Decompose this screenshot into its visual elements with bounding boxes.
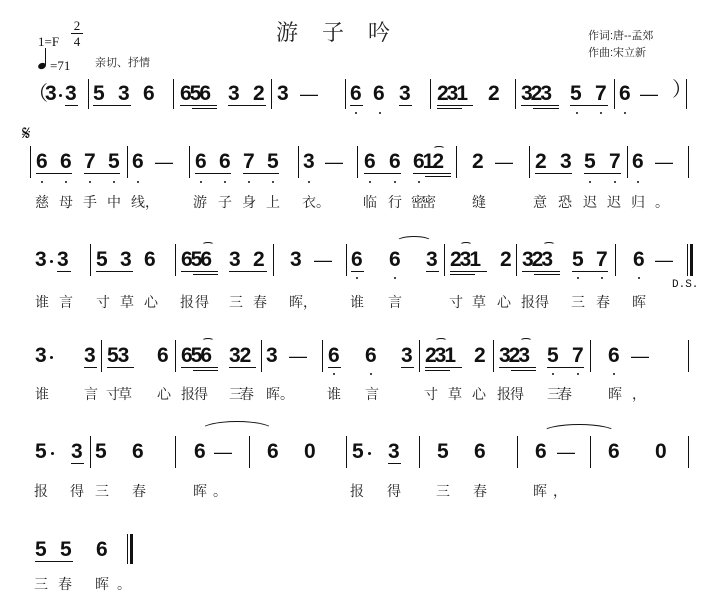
sustain-dash: — — [655, 150, 673, 174]
beam-underline — [450, 274, 475, 275]
bar-line — [346, 436, 347, 468]
lyric: 线， — [131, 192, 159, 212]
beam-underline — [36, 173, 72, 174]
note-digits: 231 — [425, 344, 454, 368]
lyric: 言 — [84, 384, 98, 404]
lyric: 三 — [34, 574, 48, 594]
beam-underline — [193, 274, 218, 275]
lyric: 晖 — [632, 292, 646, 312]
beam-underline — [229, 271, 267, 272]
beam-underline — [511, 370, 536, 371]
note-digits: 5 — [35, 440, 47, 464]
bar-line — [687, 244, 688, 276]
lower-octave-dot — [600, 112, 602, 114]
note-digits: 6 — [143, 82, 155, 106]
bar-line — [615, 244, 616, 276]
lyric: 寸 — [424, 384, 438, 404]
bar-line — [30, 146, 31, 178]
beam-underline — [364, 173, 401, 174]
lyric: 报得 — [180, 292, 210, 312]
lower-octave-dot — [614, 181, 616, 183]
lower-octave-dot — [613, 373, 615, 375]
note-digits: 6 — [474, 440, 486, 464]
note-digits: 6 — [96, 538, 108, 562]
beam-underline — [107, 367, 134, 368]
quarter-note-icon — [38, 48, 50, 70]
bar-line — [688, 436, 689, 468]
composer: 作曲:宋立新 — [588, 47, 646, 60]
lyric: 晖， — [289, 292, 317, 312]
bar-line — [419, 340, 420, 372]
lyric: 心 — [144, 292, 158, 312]
note-digits: 5 — [584, 150, 596, 174]
lower-octave-dot — [394, 181, 396, 183]
note-digits: 3 — [57, 248, 69, 272]
beam-underline — [425, 176, 451, 177]
bar-line — [90, 436, 91, 468]
bar-line — [529, 146, 530, 178]
note-digits: 5 — [93, 82, 105, 106]
time-signature-bottom: 4 — [71, 35, 83, 48]
bar-line — [346, 244, 347, 276]
note-digits: 6 — [389, 248, 401, 272]
bar-line — [614, 79, 615, 109]
note-digits: 3 — [118, 82, 130, 106]
note-digits: 0 — [304, 440, 316, 464]
sustain-dash: — — [214, 440, 232, 464]
bar-line — [430, 79, 431, 109]
lyric: 恐 — [558, 192, 572, 212]
note-digits: 612 — [413, 150, 442, 174]
note-digits: 656 — [181, 344, 210, 368]
note-digits: 3 — [266, 344, 278, 368]
lyric: 缝 — [472, 192, 486, 212]
note-digits: 6 — [132, 150, 144, 174]
lyric: 行 — [388, 192, 402, 212]
bar-line — [175, 340, 176, 372]
note-digits: 2 — [472, 150, 484, 174]
lyric: 临 — [363, 192, 377, 212]
note-digits: 656 — [180, 82, 209, 106]
lower-octave-dot — [577, 373, 579, 375]
lyric: 身 — [242, 192, 256, 212]
note-digits: 5 — [437, 440, 449, 464]
beam-underline — [192, 108, 217, 109]
lyric: 。 — [213, 481, 227, 501]
lyric: 。 — [655, 192, 669, 212]
lower-octave-dot — [552, 373, 554, 375]
beam-underline — [425, 370, 450, 371]
note-digits: 6 — [157, 344, 169, 368]
close-parenthesis: ） — [672, 78, 692, 102]
note-digits: 7 — [572, 344, 584, 368]
note-digits: 323 — [522, 248, 551, 272]
bar-line — [173, 79, 174, 109]
augmentation-dot — [368, 452, 371, 455]
beam-underline — [426, 271, 439, 272]
lyric: 归 — [631, 192, 645, 212]
sustain-dash: — — [300, 82, 318, 106]
lower-octave-dot — [137, 181, 139, 183]
beam-underline — [84, 173, 120, 174]
lyric: 衣。 — [302, 192, 330, 212]
lyric: 心 — [472, 384, 486, 404]
tie-slur — [202, 338, 214, 343]
lyric: 三 — [229, 292, 243, 312]
note-digits: 32 — [229, 344, 250, 368]
lyric: 晖。 — [266, 384, 294, 404]
lower-octave-dot — [379, 112, 381, 114]
lyric: 报得 — [181, 384, 207, 404]
note-digits: 2 — [500, 248, 512, 272]
note-digits: 3 — [35, 248, 47, 272]
lower-octave-dot — [601, 277, 603, 279]
note-digits: 6 — [608, 344, 620, 368]
note-digits: 231 — [450, 248, 479, 272]
note-digits: 53 — [107, 344, 128, 368]
note-digits: 0 — [655, 440, 667, 464]
lyric: 寸 — [96, 292, 110, 312]
beam-underline — [181, 271, 218, 272]
note-digits: 3 — [277, 82, 289, 106]
beam-underline — [401, 367, 414, 368]
sustain-dash: — — [314, 248, 332, 272]
lyric: 三 — [436, 481, 450, 501]
lower-octave-dot — [577, 277, 579, 279]
note-digits: 3 — [65, 82, 77, 106]
lyric: 谁 — [35, 292, 49, 312]
lyric: 草 — [120, 292, 134, 312]
lower-octave-dot — [624, 112, 626, 114]
bar-line — [688, 340, 689, 372]
lower-octave-dot — [113, 181, 115, 183]
note-digits: 5 — [570, 82, 582, 106]
note-digits: 6 — [219, 150, 231, 174]
note-digits: 3 — [229, 248, 241, 272]
tie-slur — [433, 146, 445, 151]
tie-slur — [460, 242, 472, 247]
note-digits: 6 — [633, 248, 645, 272]
lyric: 迟 — [607, 192, 621, 212]
note-digits: 3 — [120, 248, 132, 272]
beam-underline — [57, 271, 71, 272]
lower-octave-dot — [355, 112, 357, 114]
bar-line — [175, 244, 176, 276]
note-digits: 3 — [426, 248, 438, 272]
sustain-dash: — — [289, 344, 307, 368]
lyric: 报 — [34, 481, 48, 501]
bar-line — [130, 534, 133, 564]
tie-slur — [542, 424, 616, 441]
beam-underline — [450, 271, 487, 272]
beam-underline — [547, 367, 584, 368]
note-digits: 7 — [595, 82, 607, 106]
beam-underline — [437, 105, 473, 106]
lyric: 中 — [107, 192, 121, 212]
note-digits: 2 — [253, 82, 265, 106]
note-digits: 6 — [60, 150, 72, 174]
lower-octave-dot — [89, 181, 91, 183]
beam-underline — [180, 105, 217, 106]
beam-underline — [228, 105, 266, 106]
lyric: 春 — [58, 574, 72, 594]
lyric: 游 — [193, 192, 207, 212]
lyric: 手 — [83, 192, 97, 212]
note-digits: 5 — [35, 538, 47, 562]
lower-octave-dot — [333, 373, 335, 375]
bar-line — [590, 436, 591, 468]
lower-octave-dot — [224, 181, 226, 183]
sustain-dash: — — [325, 150, 343, 174]
note-digits: 6 — [36, 150, 48, 174]
note-digits: 7 — [243, 150, 255, 174]
bar-line — [189, 146, 190, 178]
note-digits: 3 — [388, 440, 400, 464]
bar-line — [686, 79, 687, 109]
note-digits: 3 — [401, 344, 413, 368]
bar-line — [444, 244, 445, 276]
sustain-dash: — — [557, 440, 575, 464]
lower-octave-dot — [248, 181, 250, 183]
bar-line — [690, 244, 693, 276]
bar-line — [345, 79, 346, 109]
lyric: 报 — [350, 481, 364, 501]
beam-underline — [572, 271, 608, 272]
note-digits: 3 — [71, 440, 83, 464]
bar-line — [456, 146, 457, 178]
beam-underline — [93, 105, 131, 106]
note-digits: 2 — [488, 82, 500, 106]
note-digits: 5 — [352, 440, 364, 464]
bar-line — [515, 79, 516, 109]
bar-line — [688, 146, 689, 178]
beam-underline — [35, 561, 73, 562]
lower-octave-dot — [65, 181, 67, 183]
note-digits: 2 — [253, 248, 265, 272]
beam-underline — [535, 173, 572, 174]
beam-underline — [570, 105, 608, 106]
lower-octave-dot — [356, 277, 358, 279]
note-digits: 3 — [560, 150, 572, 174]
lyric: 春 — [473, 481, 487, 501]
note-digits: 6 — [328, 344, 340, 368]
bar-line — [419, 436, 420, 468]
lower-octave-dot — [637, 181, 639, 183]
tie-slur — [520, 338, 532, 343]
note-digits: 323 — [521, 82, 550, 106]
beam-underline — [534, 274, 560, 275]
beam-underline — [96, 271, 133, 272]
lyric: 三 — [571, 292, 585, 312]
sustain-dash: — — [155, 150, 173, 174]
lower-octave-dot — [638, 277, 640, 279]
bar-line — [493, 340, 494, 372]
note-digits: 656 — [181, 248, 210, 272]
bar-line — [90, 244, 91, 276]
beam-underline — [229, 367, 256, 368]
beam-underline — [584, 173, 621, 174]
lyric: 谁 — [327, 384, 341, 404]
lower-octave-dot — [41, 181, 43, 183]
bar-line — [516, 244, 517, 276]
note-digits: 7 — [609, 150, 621, 174]
time-signature-top: 2 — [71, 19, 83, 32]
note-digits: 5 — [267, 150, 279, 174]
lyric: 晖 — [608, 384, 622, 404]
lyric: 意 — [533, 192, 547, 212]
bar-line — [517, 436, 518, 468]
lower-octave-dot — [394, 277, 396, 279]
lyric: 慈 — [35, 192, 49, 212]
tie-slur — [543, 242, 555, 247]
lower-octave-dot — [308, 181, 310, 183]
lyric: 春 — [596, 292, 610, 312]
lower-octave-dot — [272, 181, 274, 183]
sustain-dash: — — [495, 150, 513, 174]
tie-slur — [202, 242, 214, 247]
lyric: 三春 — [547, 384, 569, 404]
note-digits: 6 — [351, 248, 363, 272]
tempo: =71 — [50, 58, 70, 74]
lyric: 寸 — [449, 292, 463, 312]
lyric: 寸草 — [106, 384, 130, 404]
lyric: 言 — [365, 384, 379, 404]
dal-segno-mark: D.S. — [672, 279, 698, 291]
bar-line — [357, 146, 358, 178]
beam-underline — [351, 271, 364, 272]
bar-line — [127, 146, 128, 178]
bar-line — [590, 340, 591, 372]
bar-line — [101, 340, 102, 372]
beam-underline — [243, 173, 279, 174]
lyric: 心 — [497, 292, 511, 312]
bar-line — [271, 79, 272, 109]
beam-underline — [425, 367, 462, 368]
note-digits: 231 — [437, 82, 466, 106]
beam-underline — [413, 173, 451, 174]
note-digits: 6 — [619, 82, 631, 106]
note-digits: 6 — [608, 440, 620, 464]
lyric: 得 — [70, 481, 84, 501]
bar-line — [273, 244, 274, 276]
sustain-dash: — — [640, 82, 658, 106]
lyric: 子 — [218, 192, 232, 212]
note-digits: 3 — [84, 344, 96, 368]
bar-line — [88, 79, 89, 109]
note-digits: 5 — [95, 440, 107, 464]
note-digits: 6 — [535, 440, 547, 464]
beam-underline — [84, 367, 97, 368]
note-digits: 3 — [228, 82, 240, 106]
lyric: 得 — [387, 481, 401, 501]
note-digits: 2 — [535, 150, 547, 174]
segno-icon: 𝄋 — [22, 124, 31, 144]
lyric: 母 — [59, 192, 73, 212]
note-digits: 7 — [596, 248, 608, 272]
expression-mark: 亲切、抒情 — [95, 57, 150, 70]
lyric: 晖 — [533, 481, 547, 501]
note-digits: 3 — [290, 248, 302, 272]
lower-octave-dot — [418, 181, 420, 183]
beam-underline — [521, 105, 559, 106]
augmentation-dot — [50, 356, 53, 359]
beam-underline — [65, 105, 78, 106]
beam-underline — [195, 173, 231, 174]
note-digits: 6 — [365, 344, 377, 368]
beam-underline — [328, 367, 341, 368]
lyric: 谁 — [350, 292, 364, 312]
lyric: 三 — [95, 481, 109, 501]
lower-octave-dot — [576, 112, 578, 114]
lyric: ， — [553, 481, 567, 501]
note-digits: 3 — [35, 344, 47, 368]
note-digits: 5 — [96, 248, 108, 272]
lyric: 报得 — [521, 292, 549, 312]
augmentation-dot — [59, 94, 62, 97]
lyric: 三春 — [229, 384, 251, 404]
beam-underline — [388, 463, 401, 464]
lyric: 上 — [266, 192, 280, 212]
lower-octave-dot — [370, 373, 372, 375]
sustain-dash: — — [655, 248, 673, 272]
bar-line — [322, 340, 323, 372]
lyric: 迟 — [583, 192, 597, 212]
lyric: 。 — [117, 574, 131, 594]
note-digits: 5 — [60, 538, 72, 562]
note-digits: 6 — [132, 440, 144, 464]
bar-line — [175, 436, 176, 468]
bar-line — [249, 436, 250, 468]
beam-underline — [181, 367, 218, 368]
bar-line — [298, 146, 299, 178]
tie-slur — [200, 421, 274, 440]
lyric: 言 — [388, 292, 402, 312]
beam-underline — [437, 108, 462, 109]
lyric: 晖 — [95, 574, 109, 594]
lyric: 心 — [157, 384, 171, 404]
note-digits: 6 — [195, 150, 207, 174]
note-digits: 6 — [364, 150, 376, 174]
lyric: 草 — [472, 292, 486, 312]
lyric: 密密 — [411, 192, 433, 212]
lower-octave-dot — [200, 181, 202, 183]
tie-slur — [435, 338, 447, 343]
lyricist: 作词:唐--孟郊 — [588, 30, 653, 43]
note-digits: 5 — [547, 344, 559, 368]
note-digits: 6 — [350, 82, 362, 106]
lyric: 草 — [448, 384, 462, 404]
time-signature: 2 4 — [71, 19, 83, 48]
lyric: 春 — [253, 292, 267, 312]
note-digits: 6 — [389, 150, 401, 174]
bar-line — [127, 534, 128, 564]
bar-line — [627, 146, 628, 178]
lyric: 报得 — [497, 384, 523, 404]
note-digits: 6 — [373, 82, 385, 106]
note-digits: 6 — [267, 440, 279, 464]
note-digits: 5 — [572, 248, 584, 272]
augmentation-dot — [51, 452, 54, 455]
lyric: 谁 — [35, 384, 49, 404]
beam-underline — [522, 271, 560, 272]
note-digits: 6 — [194, 440, 206, 464]
note-digits: 2 — [474, 344, 486, 368]
note-digits: 6 — [144, 248, 156, 272]
lyric: 晖 — [193, 481, 207, 501]
note-digits: 3 — [45, 82, 57, 106]
tie-slur — [396, 236, 432, 247]
note-digits: 3 — [399, 82, 411, 106]
